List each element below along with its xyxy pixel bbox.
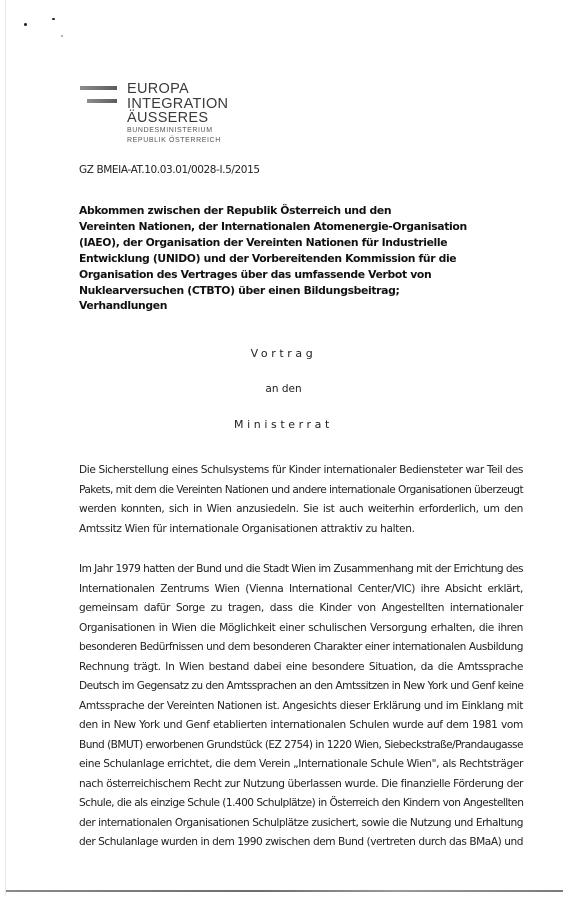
scan-speck — [24, 23, 27, 26]
logo-line: ÄUSSERES — [127, 111, 228, 126]
paragraph-line: Amtssitz Wien für internationale Organis… — [79, 520, 523, 540]
paragraph-line: besonderen Bedürfnissen und dem besonder… — [79, 638, 523, 658]
reference-number: GZ BMEIA-AT.10.03.01/0028-I.5/2015 — [79, 164, 260, 176]
paragraph-line: Rechnung trägt. In Wien bestand dabei ei… — [79, 658, 523, 678]
paragraph-line: werden konnten, sich in Wien anzusiedeln… — [79, 500, 523, 520]
subject-line: Organisation des Vertrages über das umfa… — [79, 267, 439, 283]
scan-speck — [61, 35, 63, 37]
paragraph-line: Pakets, mit dem die Vereinten Nationen u… — [79, 481, 523, 501]
paragraph-line: Amtssprache der Vereinten Nationen ist. … — [79, 697, 523, 717]
paragraph-line: Die Sicherstellung eines Schulsystems fü… — [79, 461, 523, 481]
paragraph-line: gemeinsam dafür Sorge zu tragen, dass di… — [79, 599, 523, 619]
paragraph-line: Organisationen in Wien die Möglichkeit e… — [79, 619, 523, 639]
paragraph-line: der Schulanlage wurden in dem 1990 zwisc… — [79, 833, 523, 853]
paragraph-line: den in New York und Genf etablierten int… — [79, 716, 523, 736]
logo-bar-icon — [80, 86, 117, 90]
subject-line: Entwicklung (UNIDO) und der Vorbereitend… — [79, 251, 439, 267]
subject-heading: Abkommen zwischen der Republik Österreic… — [79, 203, 439, 314]
heading-title: Vortrag — [0, 347, 567, 360]
logo-line: INTEGRATION — [127, 97, 228, 112]
paragraph-line: Im Jahr 1979 hatten der Bund und die Sta… — [79, 560, 523, 580]
paragraph-2: Im Jahr 1979 hatten der Bund und die Sta… — [79, 560, 523, 853]
paragraph-line: eine Schulanlage errichtet, die dem Vere… — [79, 755, 523, 775]
scan-bottom-edge — [6, 890, 563, 892]
scan-speck — [52, 18, 55, 20]
subject-line: Verhandlungen — [79, 298, 439, 314]
paragraph-1: Die Sicherstellung eines Schulsystems fü… — [79, 461, 523, 539]
subject-line: Abkommen zwischen der Republik Österreic… — [79, 203, 439, 219]
subject-line: (IAEO), der Organisation der Vereinten N… — [79, 235, 439, 251]
subject-line: Vereinten Nationen, der Internationalen … — [79, 219, 439, 235]
scan-left-edge — [5, 0, 6, 896]
paragraph-line: Schule, die als einzige Schule (1.400 Sc… — [79, 794, 523, 814]
logo-bar-icon — [87, 99, 117, 103]
logo-text: EUROPA INTEGRATION ÄUSSERES BUNDESMINIST… — [127, 82, 228, 146]
heading-middle: an den — [0, 383, 567, 395]
paragraph-line: Deutsch im Gegensatz zu den Amtssprachen… — [79, 677, 523, 697]
logo-line: EUROPA — [127, 82, 228, 97]
subject-line: Nuklearversuchen (CTBTO) über einen Bild… — [79, 283, 439, 299]
logo-subline: REPUBLIK ÖSTERREICH — [127, 136, 228, 146]
paragraph-line: Internationalen Zentrums Wien (Vienna In… — [79, 580, 523, 600]
logo-subline: BUNDESMINISTERIUM — [127, 126, 228, 136]
paragraph-line: Bund (BMUT) erworbenen Grundstück (EZ 27… — [79, 736, 523, 756]
paragraph-line: der internationalen Organisationen Schul… — [79, 814, 523, 834]
heading-recipient: Ministerrat — [0, 418, 567, 431]
paragraph-line: nach österreichischem Recht zur Nutzung … — [79, 775, 523, 795]
